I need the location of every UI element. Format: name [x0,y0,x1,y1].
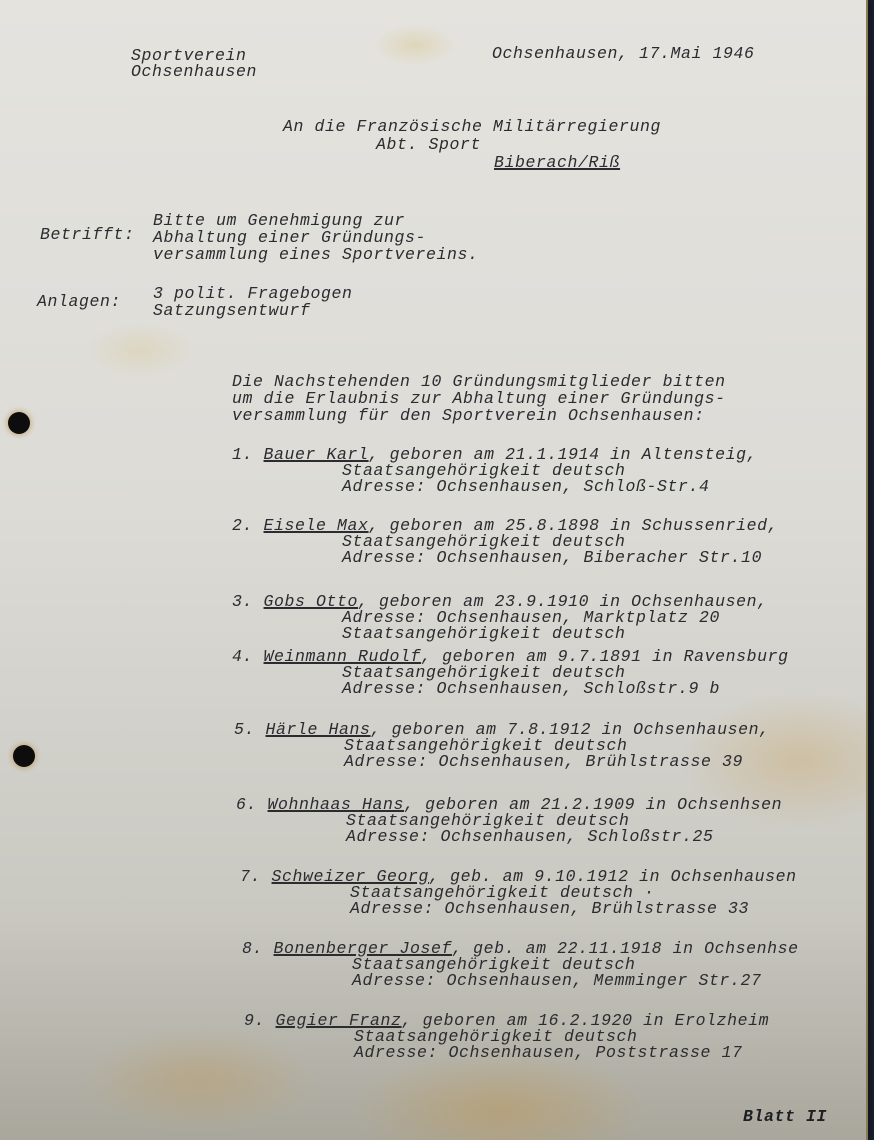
member-line-3: Adresse: Ochsenhausen, Memminger Str.27 [242,973,799,989]
subject-line-1: Bitte um Genehmigung zur [153,212,405,229]
recipient-city: Biberach/Riß [494,154,620,171]
subject-label: Betrifft: [40,226,135,243]
member-line-3: Staatsangehörigkeit deutsch [232,626,768,642]
subject-line-3: versammlung eines Sportvereins. [153,246,479,263]
member-entry: 9. Gegier Franz, geboren am 16.2.1920 in… [244,1013,769,1061]
member-entry: 5. Härle Hans, geboren am 7.8.1912 in Oc… [234,722,770,770]
member-line-3: Adresse: Ochsenhausen, Schloß-Str.4 [232,479,757,495]
intro-line-2: um die Erlaubnis zur Abhaltung einer Grü… [232,390,726,407]
intro-line-1: Die Nachstehenden 10 Gründungsmitglieder… [232,373,726,390]
member-entry: 1. Bauer Karl, geboren am 21.1.1914 in A… [232,447,757,495]
member-line-3: Adresse: Ochsenhausen, Poststrasse 17 [244,1045,769,1061]
attachment-1: 3 polit. Fragebogen [153,285,353,302]
member-entry: 3. Gobs Otto, geboren am 23.9.1910 in Oc… [232,594,768,642]
member-entry: 6. Wohnhaas Hans, geboren am 21.2.1909 i… [236,797,782,845]
member-number: 1. [232,445,253,464]
recipient-line-1: An die Französische Militärregierung [283,118,661,135]
member-entry: 2. Eisele Max, geboren am 25.8.1898 in S… [232,518,778,566]
member-number: 4. [232,647,253,666]
member-line-3: Adresse: Ochsenhausen, Biberacher Str.10 [232,550,778,566]
member-line-3: Adresse: Ochsenhausen, Brühlstrasse 33 [240,901,797,917]
member-line-3: Adresse: Ochsenhausen, Schloßstr.25 [236,829,782,845]
intro-line-3: versammlung für den Sportverein Ochsenha… [232,407,705,424]
attachments-label: Anlagen: [37,293,121,310]
member-number: 7. [240,867,261,886]
attachment-2: Satzungsentwurf [153,302,311,319]
place-date: Ochsenhausen, 17.Mai 1946 [492,45,755,62]
member-number: 3. [232,592,253,611]
member-number: 9. [244,1011,265,1030]
member-entry: 4. Weinmann Rudolf, geboren am 9.7.1891 … [232,649,789,697]
punch-hole [8,412,30,434]
member-entry: 7. Schweizer Georg, geb. am 9.10.1912 in… [240,869,797,917]
member-number: 5. [234,720,255,739]
sender-line-2: Ochsenhausen [131,63,257,80]
member-line-3: Adresse: Ochsenhausen, Brühlstrasse 39 [234,754,770,770]
letter-page: Sportverein Ochsenhausen Ochsenhausen, 1… [0,0,868,1140]
recipient-line-2: Abt. Sport [376,136,481,153]
page-marker: Blatt II [743,1108,827,1125]
punch-hole [13,745,35,767]
member-line-3: Adresse: Ochsenhausen, Schloßstr.9 b [232,681,789,697]
member-number: 2. [232,516,253,535]
member-entry: 8. Bonenberger Josef, geb. am 22.11.1918… [242,941,799,989]
subject-line-2: Abhaltung einer Gründungs- [153,229,426,246]
member-number: 8. [242,939,263,958]
member-number: 6. [236,795,257,814]
